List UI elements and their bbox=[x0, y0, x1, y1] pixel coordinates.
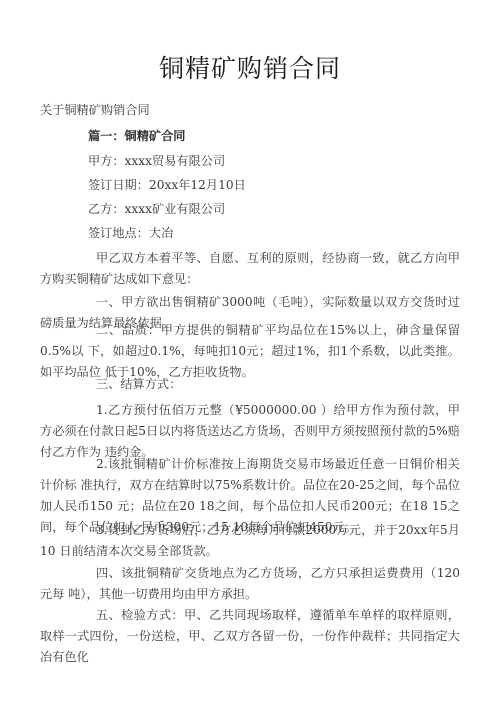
section-heading: 篇一：铜精矿合同 bbox=[88, 126, 186, 146]
sign-place-field: 签订地点：大冶 bbox=[88, 223, 173, 243]
party-a-field: 甲方：xxxx贸易有限公司 bbox=[88, 151, 225, 171]
document-subtitle: 关于铜精矿购销合同 bbox=[40, 100, 150, 120]
party-b-field: 乙方：xxxx矿业有限公司 bbox=[88, 199, 225, 219]
preamble-paragraph: 甲乙双方本着平等、自愿、互利的原则，经协商一致，就乙方向甲方购买铜精矿达成如下意… bbox=[40, 248, 460, 290]
clause-3-heading: 三、结算方式： bbox=[40, 374, 460, 395]
sign-date-field: 签订日期：20xx年12月10日 bbox=[88, 175, 246, 195]
clause-5-inspection-paragraph: 五、检验方式：甲、乙共同现场取样，遵循单车单样的取样原则，取样一式四份，一份送检… bbox=[40, 605, 460, 668]
clause-4-paragraph: 四、该批铜精矿交货地点为乙方货场，乙方只承担运费费用（120元每 吨），其他一切… bbox=[40, 563, 460, 605]
document-title: 铜精矿购销合同 bbox=[0, 52, 500, 86]
document-page: 铜精矿购销合同 关于铜精矿购销合同 篇一：铜精矿合同 甲方：xxxx贸易有限公司… bbox=[0, 0, 500, 707]
clause-3-item-3: 3.货到乙方货场后，乙方必须每月付款2000万元，并于20xx年5月10 日前结… bbox=[40, 520, 460, 562]
